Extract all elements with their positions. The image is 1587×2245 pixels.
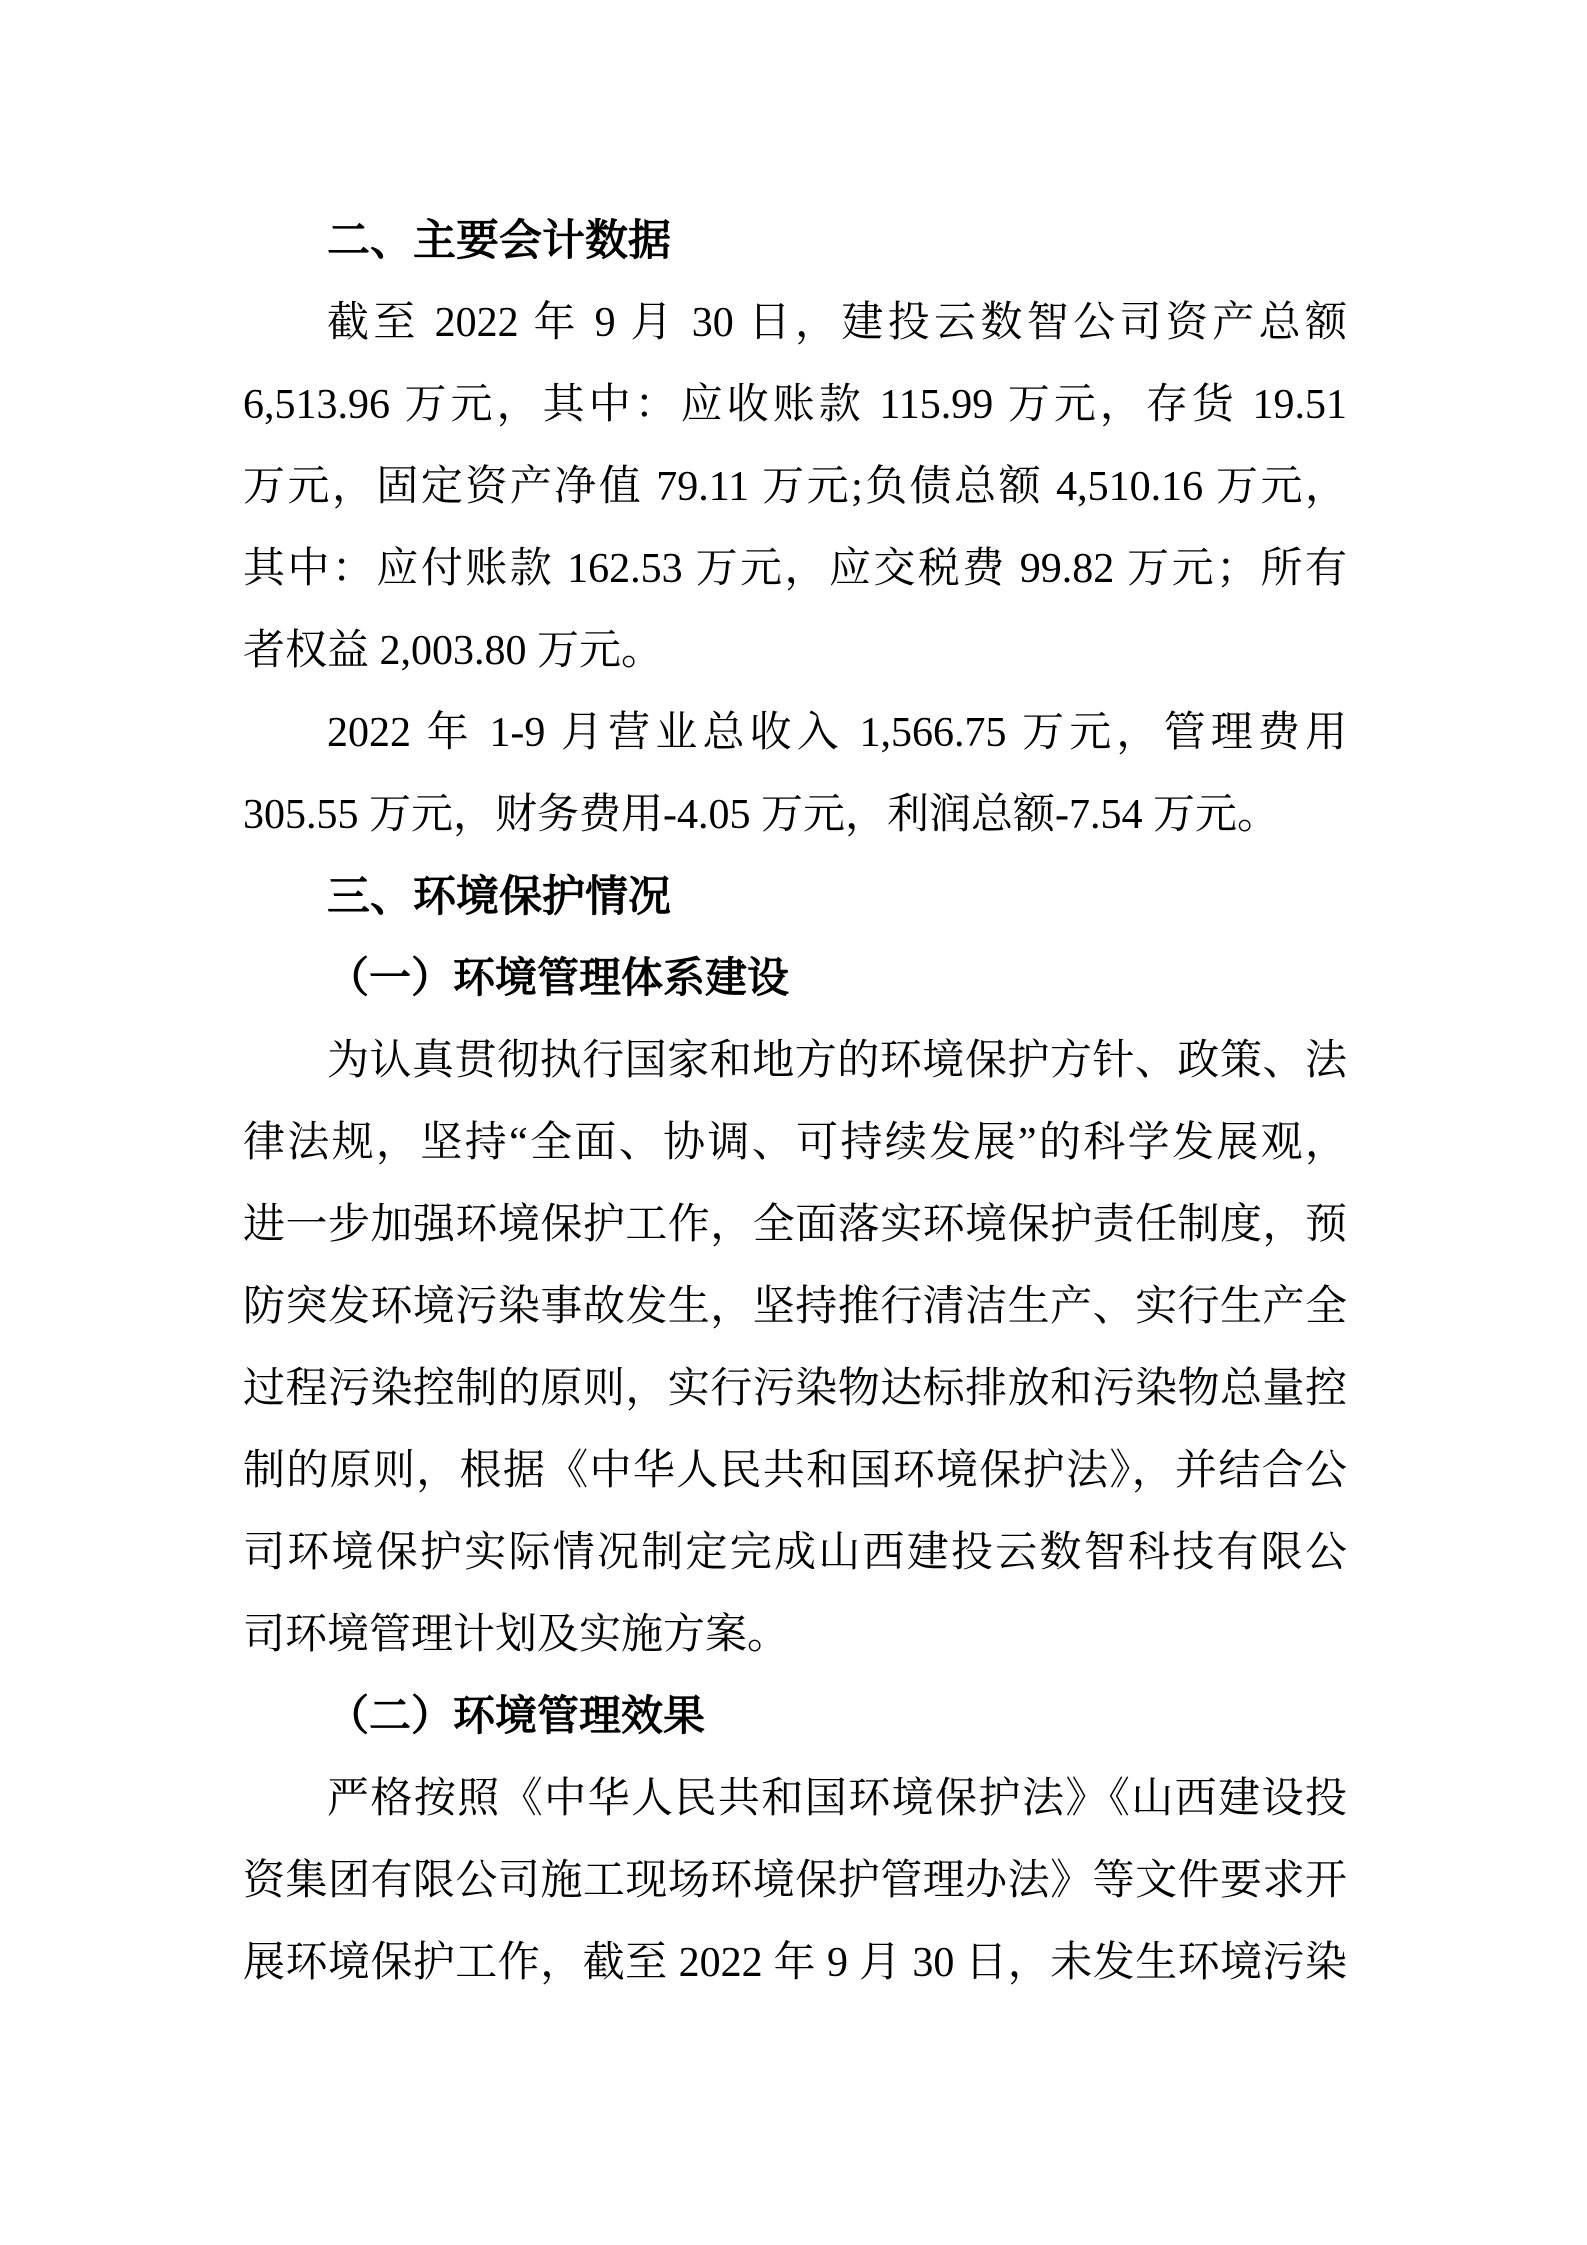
subheading-env-system: （一）环境管理体系建设: [243, 938, 1347, 1020]
para-env-system-line-4: 防突发环境污染事故发生，坚持推行清洁生产、实行生产全: [243, 1266, 1347, 1348]
para-env-system-line-3: 进一步加强环境保护工作，全面落实环境保护责任制度，预: [243, 1184, 1347, 1266]
heading-accounting-data: 二、主要会计数据: [243, 200, 1347, 282]
document-text-block: 二、主要会计数据 截至 2022 年 9 月 30 日，建投云数智公司资产总额 …: [243, 200, 1347, 2004]
document-page: 二、主要会计数据 截至 2022 年 9 月 30 日，建投云数智公司资产总额 …: [0, 0, 1587, 2245]
para-env-system-line-5: 过程污染控制的原则，实行污染物达标排放和污染物总量控: [243, 1348, 1347, 1430]
para-revenue-line-2: 305.55 万元，财务费用-4.05 万元，利润总额-7.54 万元。: [243, 774, 1347, 856]
para-assets-line-2: 6,513.96 万元，其中：应收账款 115.99 万元，存货 19.51: [243, 364, 1347, 446]
subheading-env-effect: （二）环境管理效果: [243, 1676, 1347, 1758]
para-env-system-line-6: 制的原则，根据《中华人民共和国环境保护法》，并结合公: [243, 1430, 1347, 1512]
para-env-effect-line-3: 展环境保护工作，截至 2022 年 9 月 30 日，未发生环境污染: [243, 1922, 1347, 2004]
heading-environment: 三、环境保护情况: [243, 856, 1347, 938]
para-env-system-line-2: 律法规，坚持“全面、协调、可持续发展”的科学发展观，: [243, 1102, 1347, 1184]
para-env-system-line-8: 司环境管理计划及实施方案。: [243, 1594, 1347, 1676]
para-revenue-line-1: 2022 年 1-9 月营业总收入 1,566.75 万元，管理费用: [243, 692, 1347, 774]
para-env-effect-line-1: 严格按照《中华人民共和国环境保护法》《山西建设投: [243, 1758, 1347, 1840]
para-env-system-line-1: 为认真贯彻执行国家和地方的环境保护方针、政策、法: [243, 1020, 1347, 1102]
para-env-effect-line-2: 资集团有限公司施工现场环境保护管理办法》等文件要求开: [243, 1840, 1347, 1922]
para-assets-line-1: 截至 2022 年 9 月 30 日，建投云数智公司资产总额: [243, 282, 1347, 364]
para-assets-line-5: 者权益 2,003.80 万元。: [243, 610, 1347, 692]
para-assets-line-4: 其中：应付账款 162.53 万元，应交税费 99.82 万元；所有: [243, 528, 1347, 610]
para-env-system-line-7: 司环境保护实际情况制定完成山西建投云数智科技有限公: [243, 1512, 1347, 1594]
para-assets-line-3: 万元，固定资产净值 79.11 万元;负债总额 4,510.16 万元，: [243, 446, 1347, 528]
